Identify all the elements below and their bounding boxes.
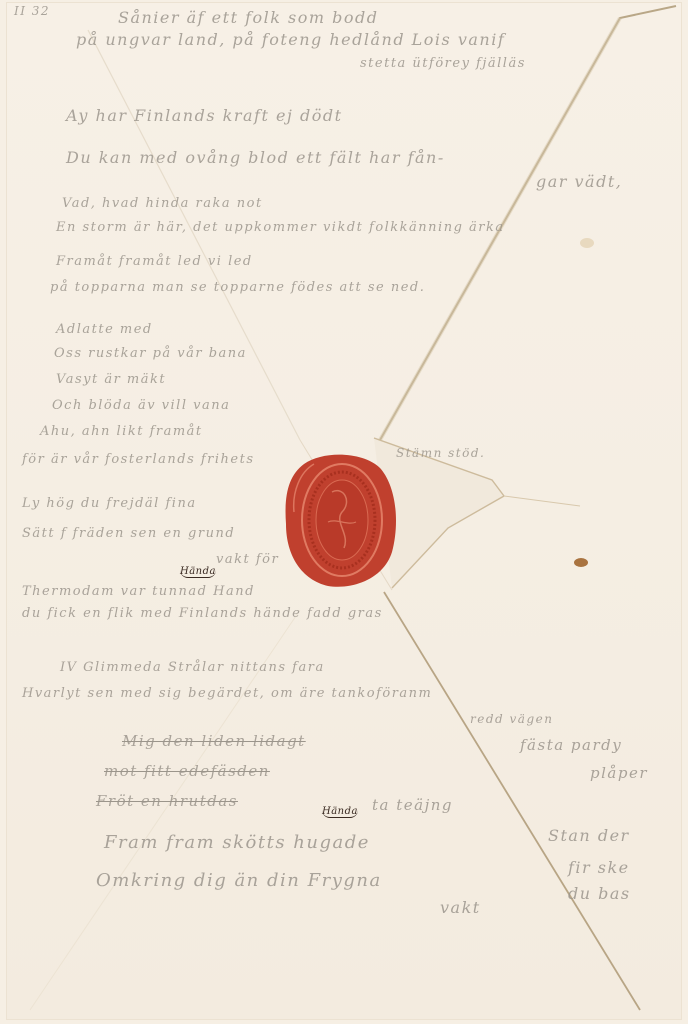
manuscript-line: gar vädt, (536, 172, 622, 191)
manuscript-line: Fram fram skötts hugade (104, 832, 370, 853)
manuscript-line: för är vår fosterlands frihets (22, 452, 255, 467)
manuscript-line: du fick en flik med Finlands hände fadd … (22, 606, 383, 621)
manuscript-line: Oss rustkar på vår bana (54, 346, 247, 361)
ink-annotation: Hända (180, 566, 216, 578)
manuscript-line: Vad, hvad hinda raka not (62, 196, 263, 211)
manuscript-line: plåper (590, 764, 648, 782)
manuscript-line: du bas (568, 884, 631, 903)
manuscript-line: IV Glimmeda Strålar nittans fara (60, 660, 325, 675)
manuscript-line: stetta ütförey fjälläs (360, 56, 526, 71)
manuscript-line: Vasyt är mäkt (56, 372, 166, 387)
manuscript-line: mot fitt edefäsden (104, 762, 270, 780)
manuscript-line: Framåt framåt led vi led (56, 254, 253, 269)
manuscript-line: ta teäjng (372, 796, 453, 814)
manuscript-line: på ungvar land, på foteng hedlånd Lois v… (76, 30, 505, 49)
paper-stain (574, 558, 588, 567)
page-marker: II 32 (14, 4, 50, 18)
manuscript-line: vakt (440, 898, 481, 917)
manuscript-line: Fröt en hrutdas (96, 792, 238, 810)
manuscript-line: Hvarlyt sen med sig begärdet, om äre tan… (22, 686, 432, 701)
manuscript-line: Mig den liden lidagt (122, 732, 306, 750)
manuscript-line: Sånier äf ett folk som bodd (118, 8, 379, 27)
manuscript-line: Adlatte med (56, 322, 153, 337)
manuscript-line: vakt för (216, 552, 279, 567)
seal-note: Stämn stöd. (396, 446, 485, 460)
ink-annotation: Hända (322, 806, 358, 818)
manuscript-line: redd vägen (470, 712, 553, 726)
manuscript-line: Ly hög du frejdäl fina (22, 496, 197, 511)
wax-seal (284, 452, 396, 588)
manuscript-line: fir ske (568, 858, 630, 877)
manuscript-line: Och blöda äv vill vana (52, 398, 230, 413)
manuscript-line: Ay har Finlands kraft ej dödt (66, 106, 343, 125)
manuscript-line: Sätt f fräden sen en grund (22, 526, 235, 541)
manuscript-line: Omkring dig än din Frygna (96, 870, 382, 891)
manuscript-line: Ahu, ahn likt framåt (40, 424, 203, 439)
paper-stain (580, 238, 594, 248)
manuscript-line: Stan der (548, 826, 630, 845)
manuscript-line: Thermodam var tunnad Hand (22, 584, 255, 599)
manuscript-line: fästa pardy (520, 736, 622, 754)
manuscript-line: En storm är här, det uppkommer vikdt fol… (56, 220, 505, 235)
manuscript-line: Du kan med ovång blod ett fält har fån- (66, 148, 445, 167)
manuscript-line: på topparna man se topparne födes att se… (50, 280, 425, 295)
